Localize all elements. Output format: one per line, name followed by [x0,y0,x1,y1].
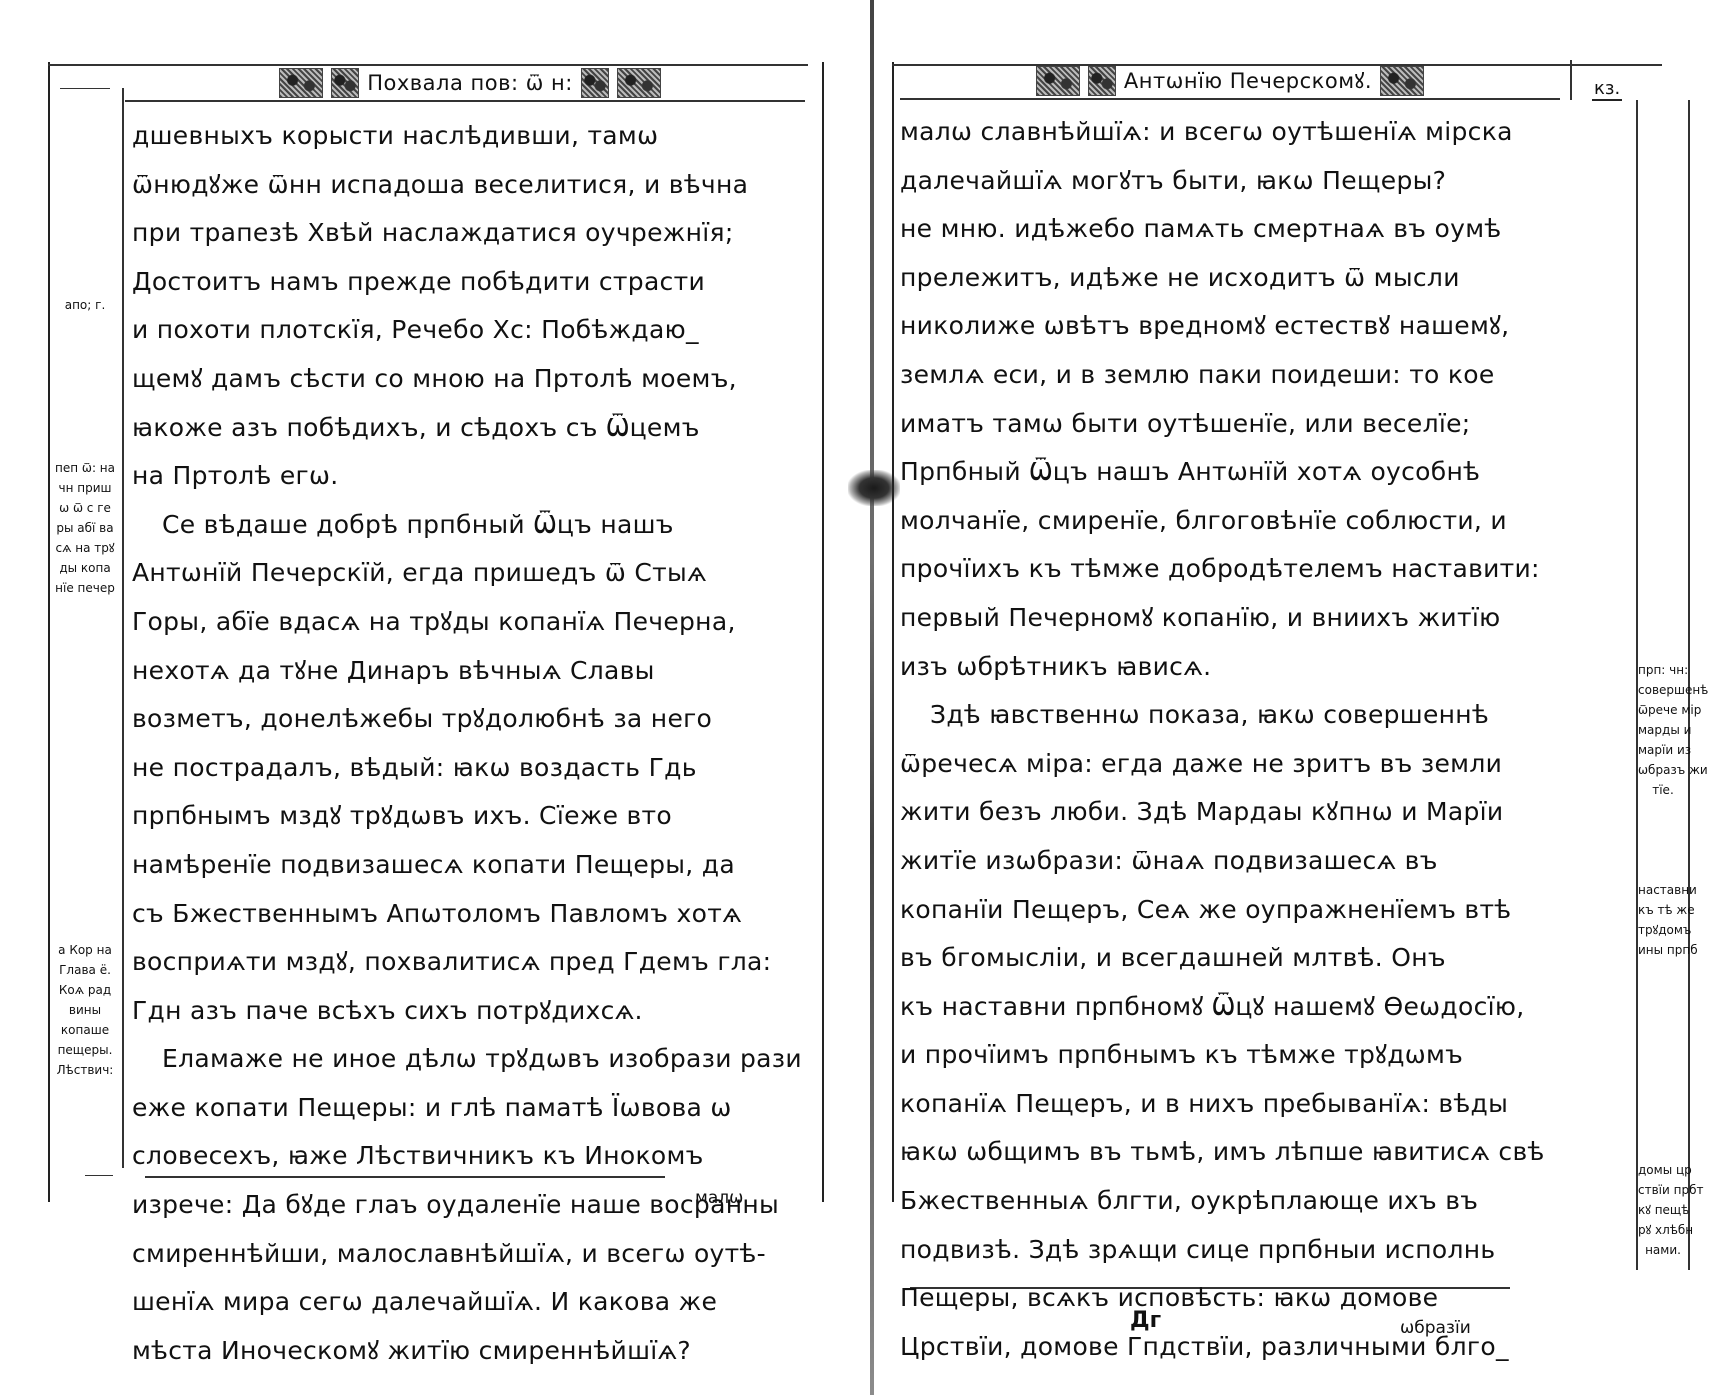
text-line: словесехъ, ꙗже Лѣствичникъ къ Инокомъ [132,1132,817,1181]
margin-note: апо; г. [50,295,120,315]
right-catchword: ѡбразїи [1400,1318,1471,1338]
margin-note: пеп ѿ: начн пришѡ ѿ с геры абї васѧ на т… [50,458,120,598]
text-line: подвизѣ. Здѣ зрѧщи сице прпбныи исполнь [900,1226,1635,1275]
margin-note-line: ры абї ва [50,518,120,538]
text-line: ꙗкоже азъ побѣдихъ, и сѣдохъ съ Ѿцемъ [132,404,817,453]
text-line: далечайшїѧ могꙋтъ быти, ꙗкѡ Пещеры? [900,157,1635,206]
margin-note-line: пещеры. [50,1040,120,1060]
margin-note-line: Коѧ рад [50,980,120,1000]
margin-note-line: ды копа [50,558,120,578]
text-line: щемꙋ дамъ сѣсти со мною на Пртолѣ моемъ, [132,355,817,404]
text-line: первый Печерномꙋ копанїю, и вниихъ житїю [900,594,1635,643]
ornament-icon [581,68,609,98]
text-line: николиже ѡвѣтъ вредномꙋ естествꙋ нашемꙋ, [900,302,1635,351]
text-line: дшевныхъ корысти наслѣдивши, тамѡ [132,112,817,161]
text-line: копанїѧ Пещеръ, и в нихъ пребыванїѧ: вѣд… [900,1080,1635,1129]
text-line: Здѣ ꙗвственнѡ показа, ꙗкѡ совершеннѣ [900,691,1635,740]
text-line: землѧ еси, и в землю паки поидеши: то ко… [900,351,1635,400]
margin-note-line: нами. [1638,1240,1688,1260]
text-line: въ бгомысліи, и всегдашней млтвѣ. Онъ [900,934,1635,983]
text-line: малѡ славнѣйшїѧ: и всегѡ оутѣшенїѧ мірск… [900,108,1635,157]
margin-note-line: ствїи прбт [1638,1180,1688,1200]
right-body-text: малѡ славнѣйшїѧ: и всегѡ оутѣшенїѧ мірск… [900,108,1635,1371]
text-line: мѣста Иноческомꙋ житїю смиреннѣйшїѧ? [132,1327,817,1376]
text-line: Достоитъ намъ прежде побѣдити страсти [132,258,817,307]
text-line: возметъ, донелѣжебы трꙋдолюбнѣ за него [132,695,817,744]
signature-mark: Дг [1130,1308,1161,1333]
text-line: Црствїи, домове Гпдствїи, различными блг… [900,1323,1635,1372]
text-line: Гдн азъ паче всѣхъ сихъ потрꙋдихсѧ. [132,987,817,1036]
ornament-icon [1036,66,1080,96]
margin-note-line: пеп ѿ: на [50,458,120,478]
margin-note-line: Лѣствич: [50,1060,120,1080]
right-header-divider [1570,60,1572,100]
text-line: прпбнымъ мздꙋ трꙋдѡвъ ихъ. Сїеже вто [132,792,817,841]
margin-note-line: рꙋ хлѣбн [1638,1220,1688,1240]
left-margin-bottom-rule [85,1175,113,1176]
margin-note-line: прп: чн: [1638,660,1688,680]
text-line: ѿречесѧ міра: егда даже не зритъ въ земл… [900,740,1635,789]
page-number: кз. [1592,78,1622,101]
left-header-title: Похвала пов: ѿ н: [367,71,573,95]
margin-note-line: вины [50,1000,120,1020]
margin-note-line: нїе печер [50,578,120,598]
margin-note-line: ѡ ѿ с ге [50,498,120,518]
left-header-top-rule [48,64,808,66]
margin-note-line: домы цр [1638,1160,1688,1180]
text-line: жити безъ люби. Здѣ Мардаы кꙋпнѡ и Марїи [900,788,1635,837]
margin-note: прп: чн:совершенѣѿрече мірмарды имарїи и… [1638,660,1688,800]
text-line: Горы, абїе вдасѧ на трꙋды копанїѧ Печерн… [132,598,817,647]
text-line: Пещеры, всѧкъ исповѣсть: ꙗкѡ домове [900,1274,1635,1323]
text-line: восприѧти мздꙋ, похвалитисѧ пред Гдемъ г… [132,938,817,987]
text-line: при трапезѣ Хвѣй наслаждатися оучрежнїя; [132,209,817,258]
ornament-icon [279,68,323,98]
margin-note-line: сѧ на трꙋ [50,538,120,558]
text-line: съ Бжественнымъ Апѡтоломъ Павломъ хотѧ [132,890,817,939]
margin-note-line: чн приш [50,478,120,498]
text-line: прележитъ, идѣже не исходитъ ѿ мысли [900,254,1635,303]
text-line: иматъ тамѡ быти оутѣшенїе, или веселїе; [900,400,1635,449]
right-header-title: Антѡнїю Печерскомꙋ. [1124,67,1372,95]
ornament-icon [331,68,359,98]
text-line: къ наставни прпбномꙋ Ѿцꙋ нашемꙋ Ѳеѡдосїю… [900,983,1635,1032]
left-body-text: дшевныхъ корысти наслѣдивши, тамѡѿнюдꙋже… [132,112,817,1375]
ornament-icon [617,68,661,98]
text-line: Се вѣдаше добрѣ прпбный Ѿцъ нашъ [132,501,817,550]
text-line: шенїѧ мира сегѡ далечайшїѧ. И какова же [132,1278,817,1327]
text-line: смиреннѣйши, малославнѣйшїѧ, и всегѡ оут… [132,1230,817,1279]
text-line: изъ ѡбрѣтникъ ꙗвисѧ. [900,643,1635,692]
text-line: нехотѧ да тꙋне Динаръ вѣчныѧ Славы [132,647,817,696]
left-margin-short-rule [60,88,110,89]
text-line: на Пртолѣ егѡ. [132,452,817,501]
text-line: и прочїимъ прпбнымъ къ тѣмже трꙋдѡмъ [900,1031,1635,1080]
text-line: Прпбный Ѿцъ нашъ Антѡнїй хотѧ оусобнѣ [900,448,1635,497]
right-running-header: Антѡнїю Печерскомꙋ. [900,66,1560,96]
text-line: и похоти плотскїя, Речебо Хс: Побѣждаю_ [132,306,817,355]
text-line: Антѡнїй Печерскїй, егда пришедъ ѿ Стыѧ [132,549,817,598]
text-line: не пострадалъ, вѣдый: ꙗкѡ воздасть Гдь [132,744,817,793]
margin-note-line: трꙋдомъ [1638,920,1688,940]
margin-note-line: совершенѣ [1638,680,1688,700]
right-header-bottom-rule [900,98,1560,100]
margin-note-line: наставни [1638,880,1688,900]
left-running-header: Похвала пов: ѿ н: [125,68,815,98]
margin-note-line: къ тѣ же [1638,900,1688,920]
margin-note-line: копаше [50,1020,120,1040]
margin-note-line: тїе. [1638,780,1688,800]
book-gutter [870,0,874,1395]
margin-note-line: а Кор на [50,940,120,960]
margin-note-line: марїи из [1638,740,1688,760]
margin-note-line: Глава ё. [50,960,120,980]
margin-note-line: ины прпб [1638,940,1688,960]
margin-note-line: ѿрече мір [1638,700,1688,720]
text-line: намѣренїе подвизашесѧ копати Пещеры, да [132,841,817,890]
text-line: житїе изѡбрази: ѿнаѧ подвизашесѧ въ [900,837,1635,886]
margin-note-line: апо; г. [50,295,120,315]
text-line: ꙗкѡ ѡбщимъ въ тьмѣ, имъ лѣпше ꙗвитисѧ св… [900,1128,1635,1177]
text-line: Бжественныѧ блгти, оукрѣплающе ихъ въ [900,1177,1635,1226]
margin-note: наставникъ тѣ жетрꙋдомъины прпб [1638,880,1688,960]
text-line: ѿнюдꙋже ѿнн испадоша веселитися, и вѣчна [132,161,817,210]
margin-note-line: марды и [1638,720,1688,740]
margin-note-line: кꙋ пещѣ [1638,1200,1688,1220]
text-line: еже копати Пещеры: и глѣ паматѣ Їѡвова ѡ [132,1084,817,1133]
text-line: копанїи Пещеръ, Сеѧ же оупражненїемъ втѣ [900,886,1635,935]
left-margin-divider [122,88,124,1168]
margin-note-line: ѡбразъ жи [1638,760,1688,780]
ornament-icon [1380,66,1424,96]
margin-note: домы црствїи прбткꙋ пещѣрꙋ хлѣбннами. [1638,1160,1688,1260]
left-catchword: малѡ [695,1188,743,1208]
ornament-icon [1088,66,1116,96]
left-header-bottom-rule [125,100,805,102]
text-line: молчанїе, смиренїе, блгоговѣнїе соблюсти… [900,497,1635,546]
margin-note: а Кор наГлава ё.Коѧ радвиныкопашепещеры.… [50,940,120,1080]
text-line: прочїихъ къ тѣмже добродѣтелемъ наставит… [900,545,1635,594]
text-line: Еламаже не иное дѣлѡ трꙋдѡвъ изобрази ра… [132,1035,817,1084]
text-line: не мню. идѣжебо памѧть смертнаѧ въ оумѣ [900,205,1635,254]
